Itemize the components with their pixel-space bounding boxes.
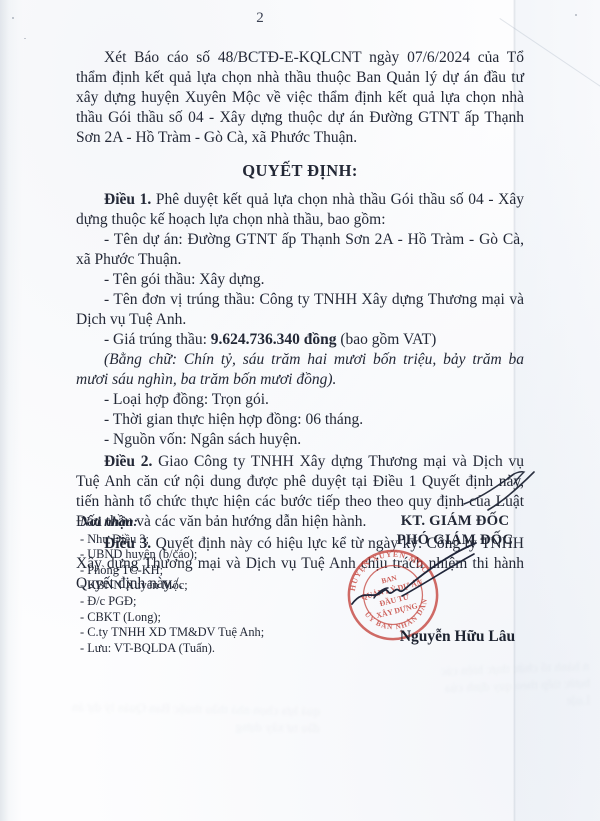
project-name-line: - Tên dự án: Đường GTNT ấp Thạnh Sơn 2A …: [76, 230, 524, 270]
recipient-item: - CBKT (Long);: [80, 610, 320, 626]
price-label: - Giá trúng thầu:: [104, 331, 211, 348]
page-number: 2: [0, 10, 520, 27]
scan-speck: [24, 38, 26, 39]
winner-line: - Tên đơn vị trúng thầu: Công ty TNHH Xâ…: [76, 290, 524, 330]
price-suffix: (bao gồm VAT): [337, 331, 437, 348]
article-2-label: Điều 2.: [104, 453, 152, 470]
duration-line: - Thời gian thực hiện hợp đồng: 06 tháng…: [76, 410, 524, 430]
signature-title: KT. GIÁM ĐỐC: [330, 512, 580, 531]
recipient-item: - Như Điều 3;: [80, 532, 320, 548]
package-name-line: - Tên gói thầu: Xây dựng.: [76, 270, 524, 290]
contract-type-line: - Loại hợp đồng: Trọn gói.: [76, 390, 524, 410]
recipient-item: - KBNN Xuyên Mộc;: [80, 578, 320, 594]
signer-name: Nguyễn Hữu Lâu: [375, 628, 540, 646]
recipients-block: Nơi nhận: - Như Điều 3;- UBND huyện (b/c…: [80, 514, 320, 656]
signature-subtitle: PHÓ GIÁM ĐỐC: [330, 531, 580, 550]
funding-line: - Nguồn vốn: Ngân sách huyện.: [76, 430, 524, 450]
recipient-item: - C.ty TNHH XD TM&DV Tuệ Anh;: [80, 625, 320, 641]
price-line: - Giá trúng thầu: 9.624.736.340 đồng (ba…: [76, 330, 524, 350]
fold-shading: [516, 0, 600, 821]
bleed-through-text: quả lựa chọn nhà thầu thuộc Ban Quản lý …: [60, 698, 321, 737]
recipient-item: - Lưu: VT-BQLDA (Tuấn).: [80, 641, 320, 657]
recipients-heading: Nơi nhận:: [80, 514, 320, 530]
article-1: Điều 1. Phê duyệt kết quả lựa chọn nhà t…: [76, 190, 524, 230]
amount-in-words-line: (Bằng chữ: Chín tỷ, sáu trăm hai mươi bố…: [76, 350, 524, 390]
recipient-item: - UBND huyện (b/cáo);: [80, 547, 320, 563]
signature-title-block: KT. GIÁM ĐỐC PHÓ GIÁM ĐỐC: [330, 512, 580, 550]
scanned-document-page: n hành tổ chức thực hiện các bước tiếp t…: [0, 0, 600, 821]
decision-title: QUYẾT ĐỊNH:: [76, 161, 524, 181]
article-1-label: Điều 1.: [104, 191, 151, 208]
recipient-item: - Phòng TC-KH;: [80, 563, 320, 579]
recipient-item: - Đ/c PGĐ;: [80, 594, 320, 610]
price-amount: 9.624.736.340 đồng: [211, 331, 337, 348]
recipients-list: - Như Điều 3;- UBND huyện (b/cáo);- Phòn…: [80, 532, 320, 657]
intro-paragraph: Xét Báo cáo số 48/BCTĐ-E-KQLCNT ngày 07/…: [76, 48, 524, 148]
scan-speck: [575, 14, 577, 16]
stamp-center-line4: XÂY DỰNG: [375, 600, 418, 620]
bleed-through-text: n hành tổ chức thực hiện các bước tiếp t…: [419, 657, 591, 714]
